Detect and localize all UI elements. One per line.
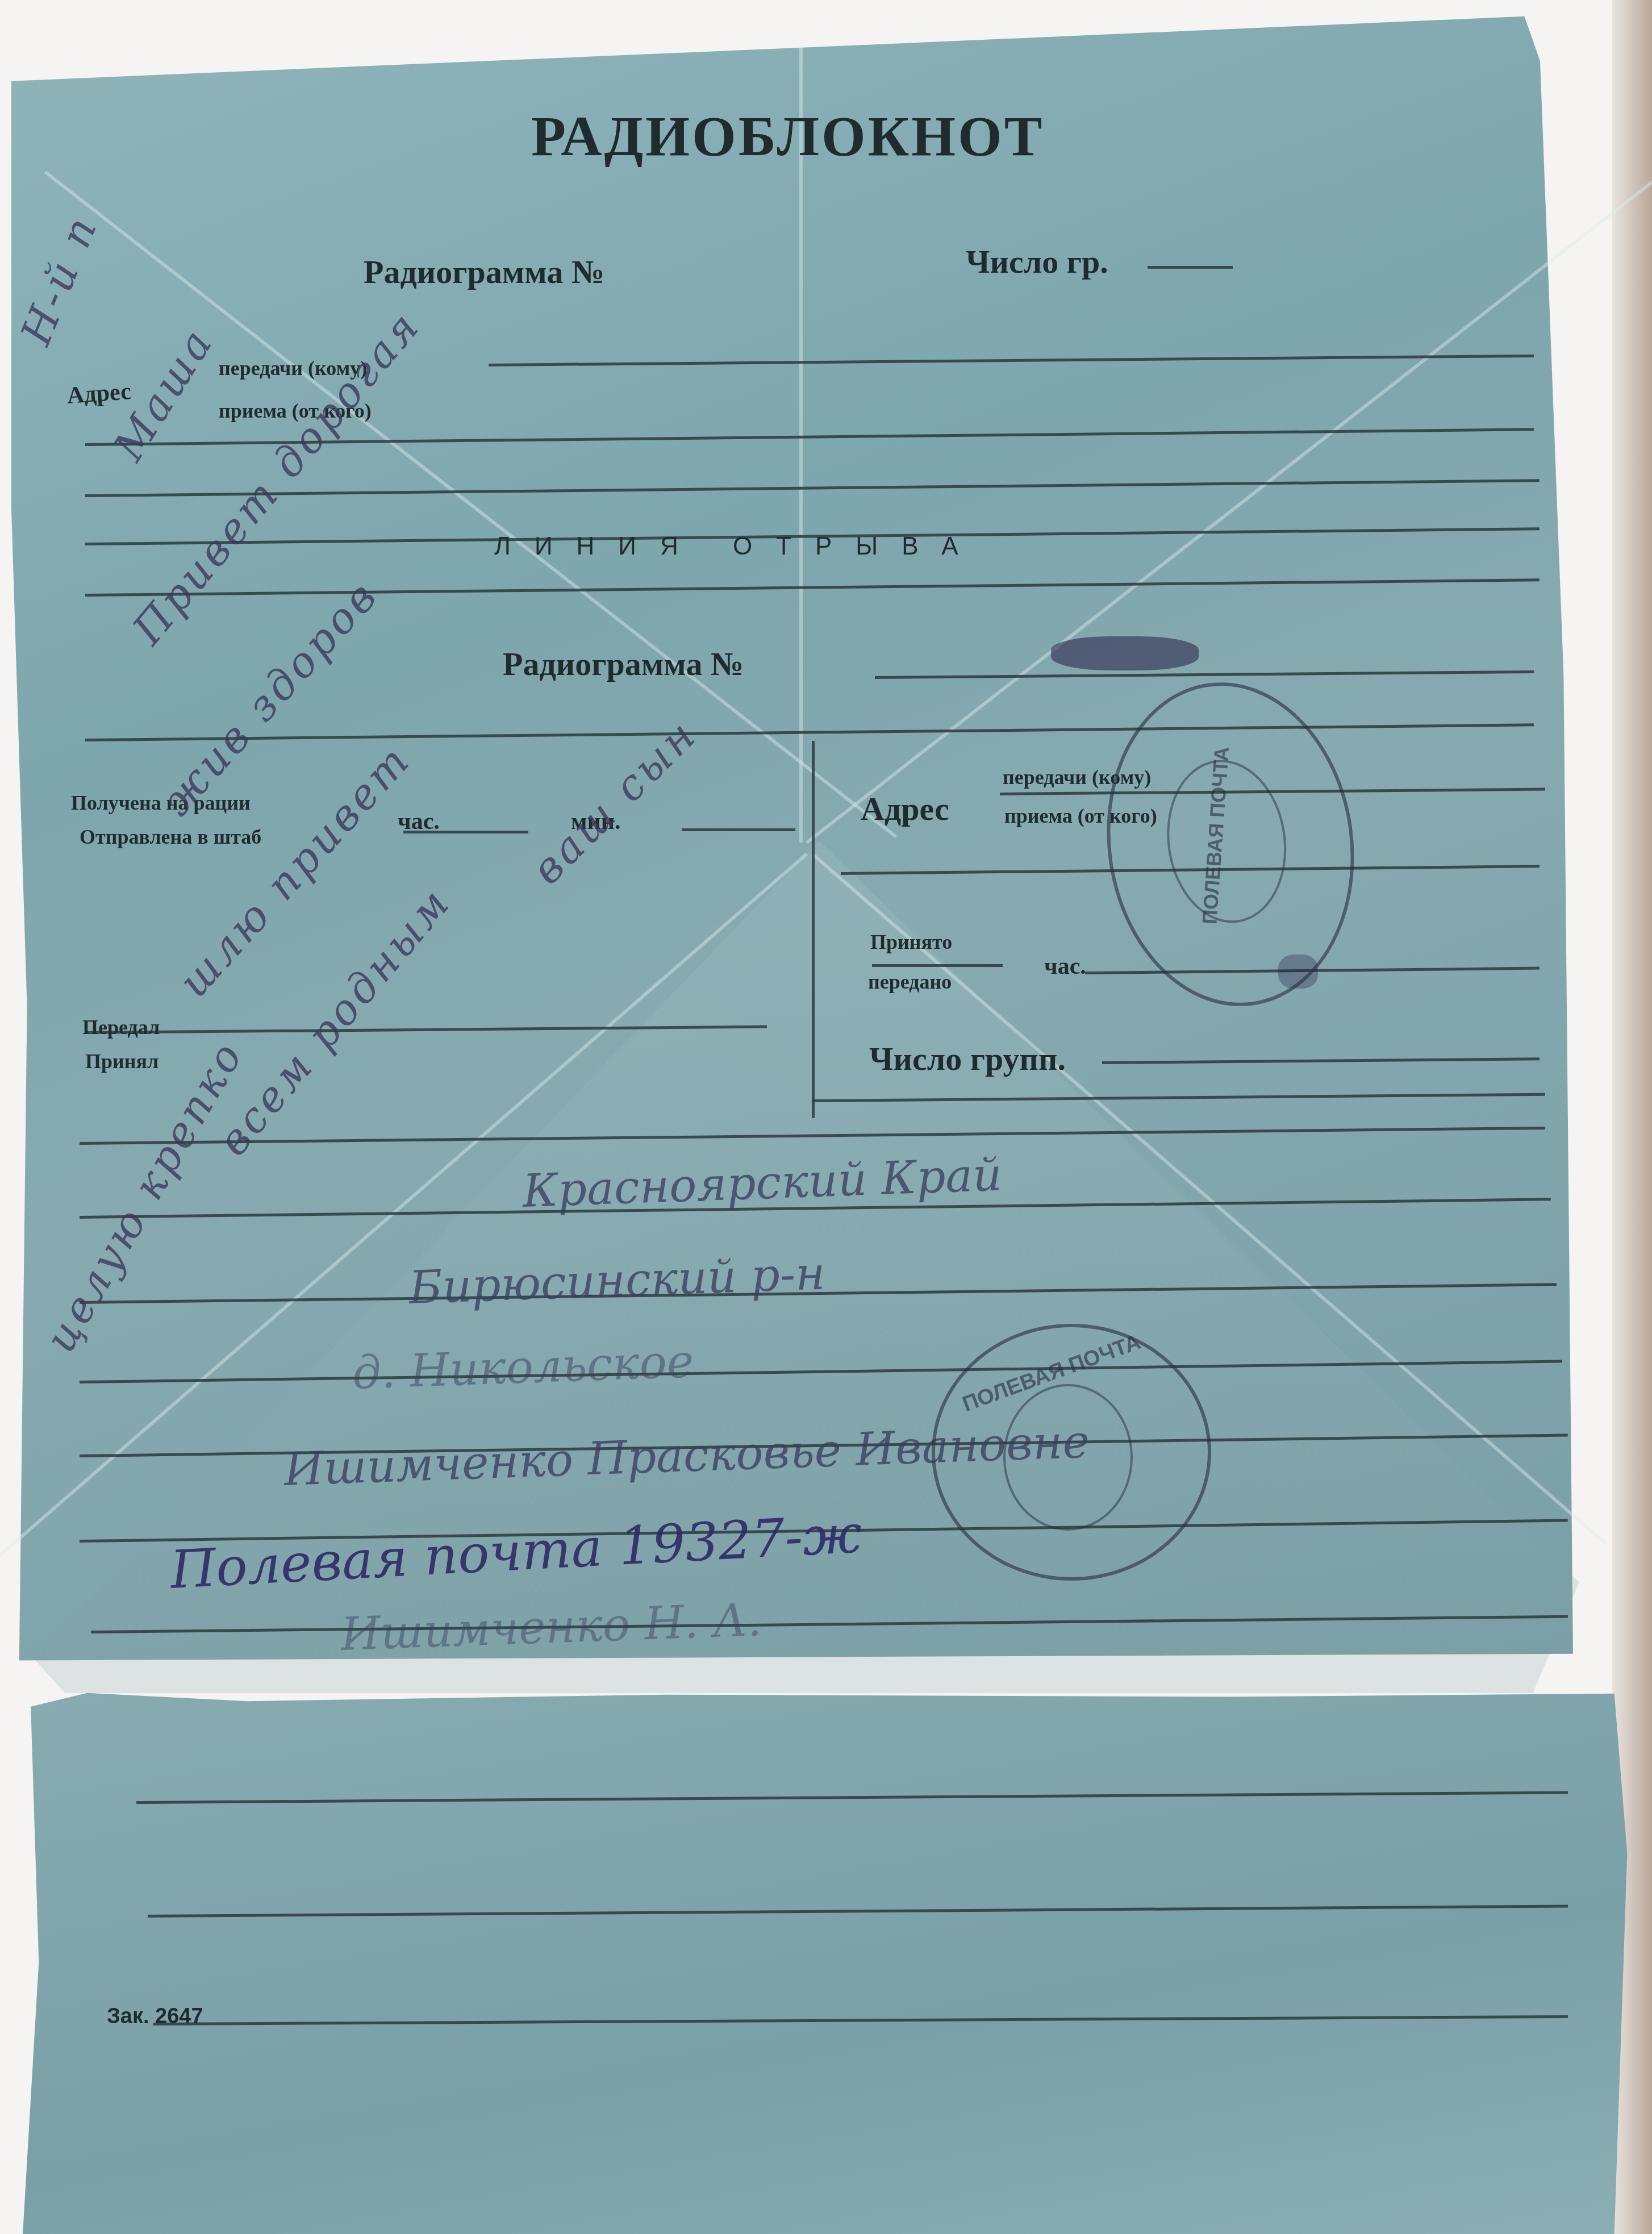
radio-notebook-letter: РАДИОБЛОКНОТ Радиограмма № Число гр. Адр…	[0, 0, 1652, 2234]
radiogram-number-label: Радиограмма №	[364, 256, 604, 289]
radiogram-number-label-lower: Радиограмма №	[503, 648, 744, 681]
form-rule	[682, 828, 795, 831]
sent-to-hq-label: Отправлена в штаб	[80, 827, 261, 847]
accepted-by-label: Принял	[85, 1051, 158, 1072]
transmitted-by-label: Передал	[82, 1017, 160, 1037]
groups-label: Число групп.	[869, 1043, 1066, 1076]
print-order-number: Зак. 2647	[107, 2006, 203, 2027]
sheet-lower-torn-part	[23, 1690, 1630, 2234]
received-label-right: Принято	[870, 932, 952, 952]
form-rule	[872, 964, 1003, 967]
form-title: РАДИОБЛОКНОТ	[531, 108, 1045, 165]
address-label-lower: Адрес	[861, 793, 949, 826]
address-label: Адрес	[66, 380, 132, 408]
tear-line-label: ЛИНИЯ ОТРЫВА	[494, 534, 982, 559]
hour-label: час.	[398, 810, 440, 833]
hour-label-right: час.	[1044, 955, 1086, 978]
form-divider	[812, 741, 815, 1118]
groups-count-label: Число гр.	[966, 245, 1108, 278]
form-rule	[1148, 266, 1233, 269]
ink-blot	[1051, 636, 1199, 670]
transmitted-label-right: передано	[868, 972, 952, 992]
postmark-center: ПОЛЕВАЯ ПОЧТА	[932, 1324, 1211, 1581]
